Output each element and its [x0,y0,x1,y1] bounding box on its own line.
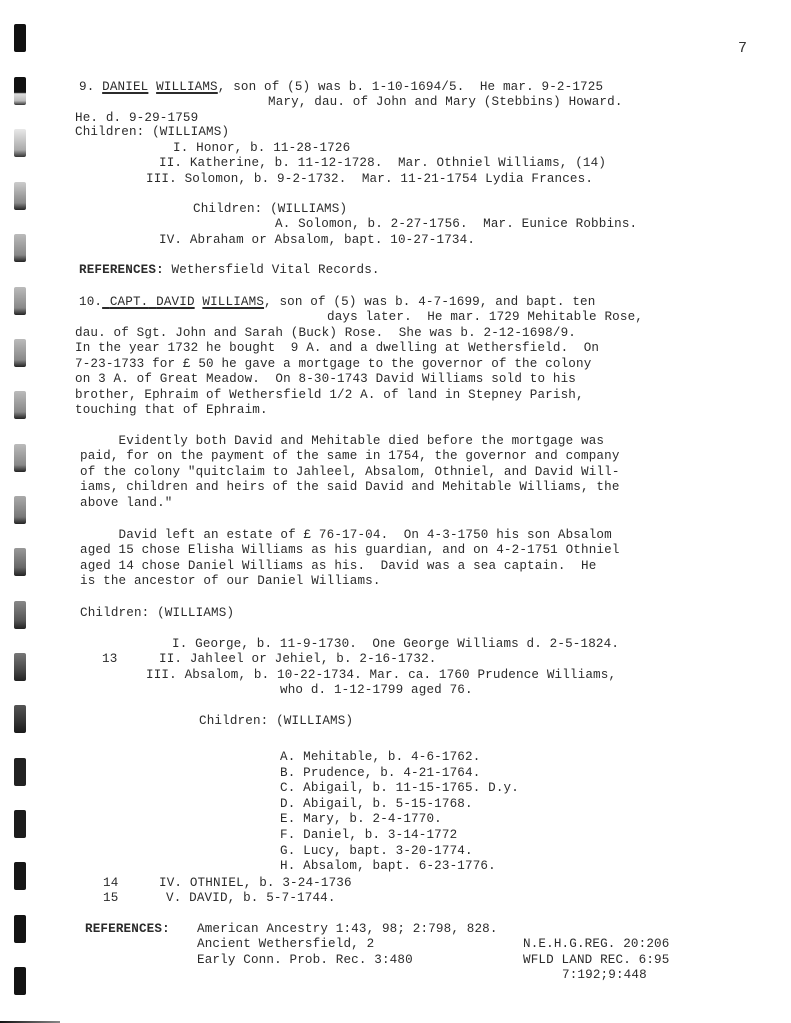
child-text: Jahleel or Jehiel, b. 2-16-1732. [190,652,437,666]
child-text: Honor, b. 11-28-1726 [196,141,350,155]
child-text: Absalom, b. 10-22-1734. Mar. ca. 1760 Pr… [185,668,617,682]
entry-number: 10. [79,295,102,309]
grandchild-c: C. Abigail, b. 11-15-1765. D.y. [280,781,519,796]
references-text: Wethersfield Vital Records. [172,263,380,277]
grandchild-text: Daniel, b. 3-14-1772 [303,828,457,842]
reference-right: WFLD LAND REC. 6:95 [523,953,669,968]
binding-hole [14,862,26,890]
person-title: CAPT. DAVID [102,295,195,309]
child-text: Solomon, b. 9-2-1732. Mar. 11-21-1754 Ly… [185,172,594,186]
binding-hole [14,705,26,733]
paragraph-1-line: brother, Ephraim of Wethersfield 1/2 A. … [75,388,584,403]
binding-hole [14,810,26,838]
reference-left: Ancient Wethersfield, 2 [197,937,374,952]
grandchild-text: Mary, b. 2-4-1770. [303,812,442,826]
entry-9-line2: Mary, dau. of John and Mary (Stebbins) H… [268,95,623,110]
person-last-name: WILLIAMS [156,80,218,94]
child-4: IV. OTHNIEL, b. 3-24-1736 [159,876,352,891]
reference-right: 7:192;9:448 [562,968,647,983]
paragraph-1-line: In the year 1732 he bought 9 A. and a dw… [75,341,599,356]
binding-hole [14,496,26,524]
child-ref: 15 [103,891,118,906]
reference-left: American Ancestry 1:43, 98; 2:798, 828. [197,922,498,937]
child-2: II. Jahleel or Jehiel, b. 2-16-1732. [159,652,436,667]
grandchild-f: F. Daniel, b. 3-14-1772 [280,828,457,843]
child-1: I. Honor, b. 11-28-1726 [173,141,350,156]
grandchild-b: B. Prudence, b. 4-21-1764. [280,766,480,781]
binding-hole [14,24,26,52]
child-text: George, b. 11-9-1730. One George William… [195,637,619,651]
children-heading: Children: (WILLIAMS) [80,606,234,621]
grandchild-letter: G. [280,844,295,858]
entry-10-line1: , son of (5) was b. 4-7-1699, and bapt. … [264,295,595,309]
references: REFERENCES: Wethersfield Vital Records. [79,263,380,278]
title-text: CAPT. [110,295,149,309]
children-heading: Children: (WILLIAMS) [75,125,229,140]
child-ref: 14 [103,876,118,891]
grandchild-d: D. Abigail, b. 5-15-1768. [280,797,473,812]
binding-hole [14,234,26,262]
grandchild-letter: D. [280,797,295,811]
child-numeral: IV. [159,876,182,890]
grandchildren-heading: Children: (WILLIAMS) [199,714,353,729]
entry-9-death: He. d. 9-29-1759 [75,111,198,126]
grandchild-letter: B. [280,766,295,780]
binding-hole [14,182,26,210]
references-label: REFERENCES: [79,263,164,277]
grandchild-g: G. Lucy, bapt. 3-20-1774. [280,844,473,859]
entry-9-line1: , son of (5) was b. 1-10-1694/5. He mar.… [218,80,603,94]
grandchild-a: A. Solomon, b. 2-27-1756. Mar. Eunice Ro… [275,217,637,232]
paragraph-2-line: Evidently both David and Mehitable died … [80,434,604,449]
grandchild-text: Absalom, bapt. 6-23-1776. [303,859,496,873]
child-3-continuation: who d. 1-12-1799 aged 76. [280,683,473,698]
binding-hole [14,653,26,681]
child-5: V. DAVID, b. 5-7-1744. [166,891,336,906]
person-first-name: DANIEL [102,80,148,94]
entry-9-heading: 9. DANIEL WILLIAMS, son of (5) was b. 1-… [79,80,603,95]
paragraph-3-line: aged 15 chose Elisha Williams as his gua… [80,543,620,558]
child-3: III. Solomon, b. 9-2-1732. Mar. 11-21-17… [146,172,593,187]
child-4: IV. Abraham or Absalom, bapt. 10-27-1734… [159,233,475,248]
grandchild-text: Abigail, b. 11-15-1765. D.y. [303,781,519,795]
binding-hole [14,601,26,629]
entry-10-heading: 10. CAPT. DAVID WILLIAMS, son of (5) was… [79,295,595,310]
entry-number: 9. [79,80,94,94]
grandchild-letter: A. [280,750,295,764]
binding-hole [14,758,26,786]
binding-hole [14,915,26,943]
child-3: III. Absalom, b. 10-22-1734. Mar. ca. 17… [146,668,616,683]
person-first-name: DAVID [156,295,195,309]
grandchild-letter: E. [280,812,295,826]
paragraph-2-line: paid, for on the payment of the same in … [80,449,620,464]
child-numeral: III. [146,668,177,682]
paragraph-1-line: dau. of Sgt. John and Sarah (Buck) Rose.… [75,326,576,341]
page-number: 7 [738,40,747,57]
references-label: REFERENCES: [85,922,170,937]
grandchild-letter: C. [280,781,295,795]
paragraph-1-line: days later. He mar. 1729 Mehitable Rose, [327,310,643,325]
paragraph-2-line: of the colony "quitclaim to Jahleel, Abs… [80,465,620,480]
child-numeral: II. [159,652,182,666]
paragraph-2-line: iams, children and heirs of the said Dav… [80,480,620,495]
grandchild-letter: A. [275,217,290,231]
person-last-name: WILLIAMS [202,295,264,309]
paragraph-3-line: David left an estate of £ 76-17-04. On 4… [80,528,612,543]
reference-left: Early Conn. Prob. Rec. 3:480 [197,953,413,968]
binding-hole [14,391,26,419]
grandchildren-heading: Children: (WILLIAMS) [193,202,347,217]
grandchild-text: Lucy, bapt. 3-20-1774. [303,844,473,858]
grandchild-text: Solomon, b. 2-27-1756. Mar. Eunice Robbi… [298,217,637,231]
binding-hole [14,287,26,315]
paragraph-3-line: is the ancestor of our Daniel Williams. [80,574,381,589]
child-text: Abraham or Absalom, bapt. 10-27-1734. [190,233,475,247]
grandchild-h: H. Absalom, bapt. 6-23-1776. [280,859,496,874]
child-text: OTHNIEL, b. 3-24-1736 [190,876,352,890]
child-text: Katherine, b. 11-12-1728. Mar. Othniel W… [190,156,606,170]
child-numeral: IV. [159,233,182,247]
grandchild-letter: F. [280,828,295,842]
grandchild-letter: H. [280,859,295,873]
binding-hole [14,77,26,105]
child-numeral: V. [166,891,181,905]
binding-hole [14,444,26,472]
child-numeral: I. [172,637,187,651]
paragraph-1-line: 7-23-1733 for £ 50 he gave a mortgage to… [75,357,591,372]
child-1: I. George, b. 11-9-1730. One George Will… [172,637,619,652]
binding-hole [14,967,26,995]
grandchild-e: E. Mary, b. 2-4-1770. [280,812,442,827]
paragraph-3-line: aged 14 chose Daniel Williams as his. Da… [80,559,596,574]
child-ref: 13 [102,652,117,667]
child-numeral: III. [146,172,177,186]
binding-hole [14,548,26,576]
child-2: II. Katherine, b. 11-12-1728. Mar. Othni… [159,156,606,171]
paragraph-1-line: on 3 A. of Great Meadow. On 8-30-1743 Da… [75,372,576,387]
paragraph-1-line: touching that of Ephraim. [75,403,268,418]
paragraph-2-line: above land." [80,496,173,511]
reference-right: N.E.H.G.REG. 20:206 [523,937,669,952]
grandchild-text: Mehitable, b. 4-6-1762. [303,750,480,764]
binding-hole [14,129,26,157]
child-text: DAVID, b. 5-7-1744. [189,891,335,905]
binding-hole [14,339,26,367]
child-numeral: I. [173,141,188,155]
grandchild-text: Abigail, b. 5-15-1768. [303,797,473,811]
child-numeral: II. [159,156,182,170]
grandchild-a: A. Mehitable, b. 4-6-1762. [280,750,480,765]
grandchild-text: Prudence, b. 4-21-1764. [303,766,480,780]
